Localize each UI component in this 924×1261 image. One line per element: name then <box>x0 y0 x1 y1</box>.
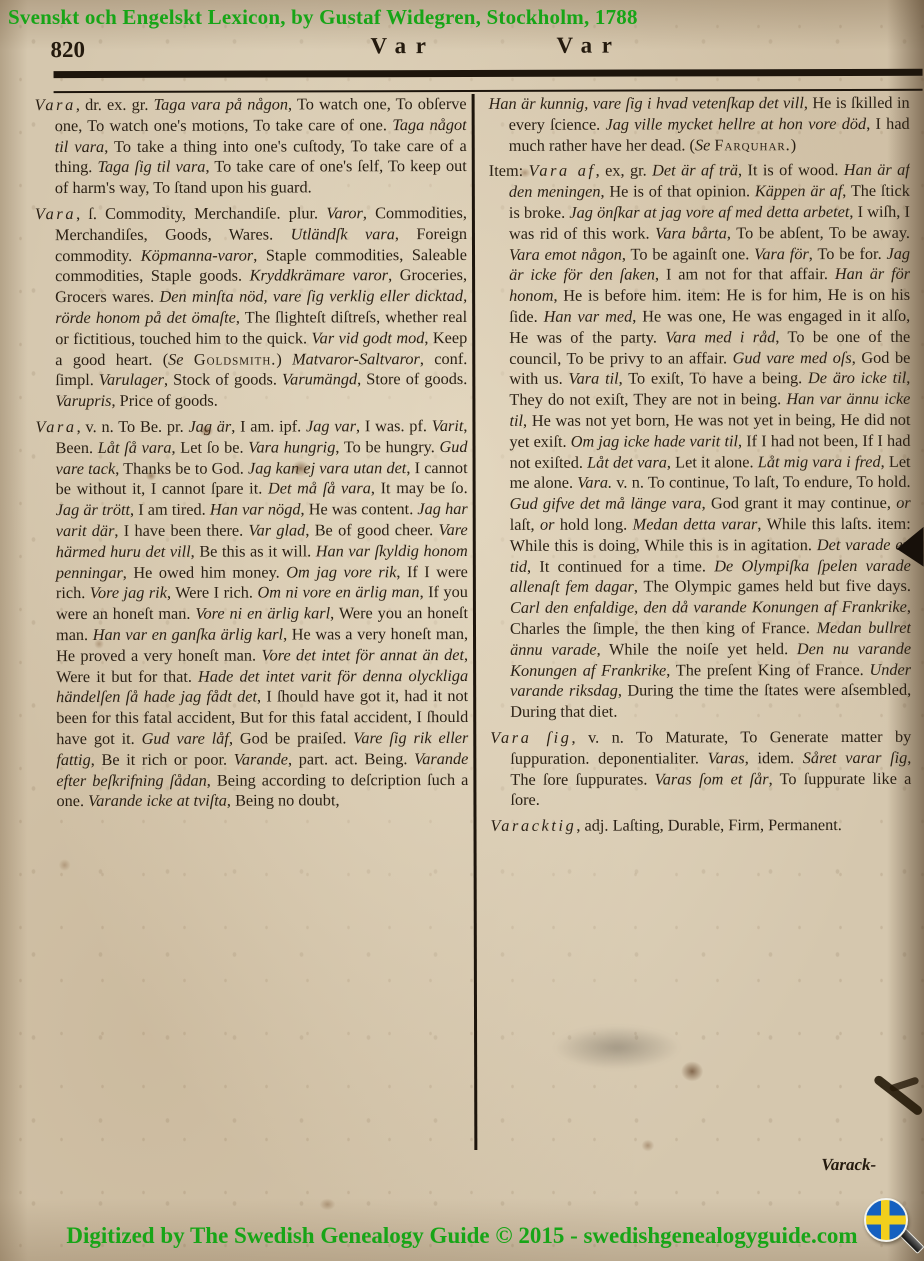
english-text: , To be abſent, To be away. <box>727 223 910 242</box>
swedish-phrase: Taga ſig til vara <box>97 157 205 176</box>
swedish-phrase: Det är af trä <box>652 161 738 180</box>
english-text: , Be this as it will. <box>191 541 316 560</box>
header-rule <box>54 69 923 93</box>
swedish-phrase: Se <box>695 135 714 154</box>
swedish-phrase: Matvaror-Saltvaror <box>292 349 420 368</box>
headword: Vara <box>35 417 76 436</box>
swedish-phrase: Jag önſkar at jag vore af med detta arbe… <box>569 202 849 222</box>
swedish-phrase: Gud vare med oſs <box>733 348 852 367</box>
swedish-phrase: Varas <box>708 748 745 767</box>
english-text: , It continued for a time. <box>527 556 714 575</box>
english-text: , It is of wood. <box>738 160 844 179</box>
english-text: , God grant it may continue, <box>702 493 897 513</box>
swedish-phrase: Jag är trött <box>56 500 130 519</box>
dictionary-body: Vara, dr. ex. gr. Taga vara på någon, To… <box>35 93 914 1165</box>
dictionary-entry: Vara, v. n. To Be. pr. Jag är, I am. ipf… <box>35 416 468 812</box>
swedish-phrase: Varor <box>326 203 363 222</box>
swedish-phrase: Vara emot någon <box>509 244 622 263</box>
swedish-flag-magnifier-icon <box>860 1194 924 1260</box>
swedish-phrase: Han är kunnig, vare ſig i hvad vetenſkap… <box>489 93 804 113</box>
english-text: , Be of good cheer. <box>305 520 438 539</box>
english-text: , I am. ipf. <box>231 416 306 435</box>
english-text: , Let ſo be. <box>171 437 248 456</box>
swedish-phrase: Vara för <box>754 244 809 263</box>
english-text: , ex, gr. <box>596 161 653 180</box>
dictionary-entry: Vara, ſ. Commodity, Merchandiſe. plur. V… <box>35 203 468 412</box>
english-text: , ſ. Commodity, Merchandiſe. plur. <box>76 203 326 223</box>
english-text: , I am not for that affair. <box>655 264 835 283</box>
swedish-phrase: Vara med i råd <box>665 327 775 346</box>
english-text: , I am tired. <box>130 500 210 519</box>
swedish-phrase: Se <box>168 349 194 368</box>
swedish-phrase: Varumängd <box>282 370 357 389</box>
english-text: v. n. To continue, To laſt, To endure, T… <box>612 472 911 492</box>
digitizer-footer: Digitized by The Swedish Genealogy Guide… <box>0 1223 924 1249</box>
english-text: ) <box>791 135 796 154</box>
swedish-phrase: Jag ville mycket hellre at hon vore död <box>605 114 866 134</box>
swedish-phrase: Medan detta varar <box>633 514 758 533</box>
swedish-phrase: Varit <box>432 416 464 435</box>
reference-smallcaps: Farquhar. <box>714 135 790 154</box>
scanned-book-page: 820 Var Var Vara, dr. ex. gr. Taga vara … <box>0 0 924 1261</box>
swedish-phrase: Vore jag rik <box>90 583 167 602</box>
english-text: laſt, <box>510 515 540 534</box>
dictionary-entry: Vara ſig, v. n. To Maturate, To Generate… <box>490 727 911 811</box>
english-text: , Being no doubt, <box>227 791 340 810</box>
headword: Varacktig <box>490 816 576 835</box>
english-text: , To exiſt, To have a being. <box>619 368 808 387</box>
headword: Vara ſig <box>490 728 571 747</box>
english-text: , It may be ſo. <box>371 478 468 497</box>
swedish-flag-icon <box>864 1198 908 1242</box>
catchword: Varack- <box>821 1155 876 1175</box>
swedish-phrase: Varas ſom et ſår <box>655 769 769 788</box>
swedish-phrase: Vara. <box>577 473 612 492</box>
english-text: , Be it rich or poor. <box>91 749 234 768</box>
paper-stain <box>319 1198 335 1210</box>
swedish-phrase: Var glad <box>248 520 305 539</box>
dictionary-entry: Varacktig, adj. Laſting, Durable, Firm, … <box>490 815 911 837</box>
english-text: , Were I rich. <box>167 583 258 602</box>
swedish-phrase: or <box>896 493 911 512</box>
english-text: , To be hungry. <box>335 437 439 456</box>
english-text: , To be againſt one. <box>622 244 754 263</box>
swedish-phrase: Köpmanna-varor <box>141 245 254 264</box>
swedish-phrase: Det må ſå vara <box>268 479 371 498</box>
swedish-phrase: Varande icke at tviſta <box>88 791 227 810</box>
english-text: , Stock of goods. <box>164 370 282 389</box>
english-text: , He owed him money. <box>123 562 286 581</box>
headword: Vara af <box>529 161 596 180</box>
swedish-phrase: Var vid godt mod <box>312 328 425 347</box>
swedish-phrase: Jag kan ej vara utan det <box>248 458 406 477</box>
swedish-phrase: Varulager <box>99 370 164 389</box>
swedish-phrase: Han var en ganſka ärlig karl <box>93 624 283 643</box>
headword: Vara <box>35 95 76 114</box>
swedish-phrase: Carl den enfaldige, den då varande Konun… <box>510 597 907 617</box>
swedish-phrase: Vore det intet för annat än det <box>261 645 464 665</box>
english-text: , He is of that opinion. <box>600 181 754 200</box>
english-text: , The Olympic games held but five days. <box>634 576 911 596</box>
english-text: hold long. <box>554 514 632 533</box>
swedish-phrase: Utländſk vara <box>291 224 395 243</box>
swedish-phrase: Låt ſå vara <box>98 438 172 457</box>
english-text: , To be for. <box>809 243 887 262</box>
running-head-left: Var <box>370 33 435 59</box>
swedish-phrase: Gud gifve det må länge vara <box>510 494 702 514</box>
english-text: , part. act. Being. <box>288 749 414 768</box>
english-text: , God be praiſed. <box>229 728 353 747</box>
dictionary-entry: Han är kunnig, vare ſig i hvad vetenſkap… <box>489 93 910 156</box>
english-text: , While the noiſe yet held. <box>597 639 797 659</box>
swedish-phrase: Om ni vore en ärlig man <box>257 582 419 601</box>
english-text: , Thanks be to God. <box>115 458 248 477</box>
running-head-right: Var <box>556 33 621 59</box>
column-right: Han är kunnig, vare ſig i hvad vetenſkap… <box>478 93 913 1160</box>
english-text: , adj. Laſting, Durable, Firm, Permanent… <box>576 815 841 835</box>
swedish-phrase: Vore ni en ärlig karl <box>195 603 330 622</box>
column-left: Vara, dr. ex. gr. Taga vara på någon, To… <box>35 94 470 1161</box>
swedish-phrase: Jag var <box>306 416 356 435</box>
swedish-phrase: Låt mig vara i fred <box>758 451 881 470</box>
english-text: , dr. ex. gr. <box>76 95 154 114</box>
english-text: , The preſent King of France. <box>666 659 869 679</box>
swedish-phrase: Varupris <box>55 391 111 410</box>
english-text: , I was. pf. <box>356 416 432 435</box>
swedish-phrase: De äro icke til <box>808 368 906 387</box>
english-text: , v. n. To Be. pr. <box>77 417 189 436</box>
swedish-phrase: Såret varar ſig <box>803 748 908 767</box>
swedish-phrase: Varande <box>234 749 288 768</box>
english-text: ) <box>276 349 292 368</box>
swedish-phrase: Käppen är af <box>755 181 842 200</box>
english-text: , Store of goods. <box>357 369 467 388</box>
column-divider <box>472 94 478 1150</box>
swedish-phrase: Låt det vara <box>587 452 667 471</box>
page-number: 820 <box>50 37 85 63</box>
english-text: Item: <box>489 161 529 180</box>
swedish-phrase: Taga vara på någon <box>154 94 288 113</box>
english-text: , Price of goods. <box>111 391 217 410</box>
swedish-phrase: Han var med <box>544 307 633 326</box>
swedish-phrase: Han var nögd <box>210 500 301 519</box>
swedish-phrase: Om jag icke hade varit til <box>571 431 738 450</box>
swedish-phrase: Jag är <box>188 417 231 436</box>
swedish-phrase: Om jag vore rik <box>286 562 396 581</box>
headword: Vara <box>35 204 76 223</box>
reference-smallcaps: Goldsmith. <box>194 349 277 368</box>
swedish-phrase: Kryddkrämare varor <box>250 266 388 285</box>
english-text: , Let it alone. <box>667 452 758 471</box>
dictionary-entry: Vara, dr. ex. gr. Taga vara på någon, To… <box>35 94 467 199</box>
swedish-phrase: Vara til <box>568 369 618 388</box>
swedish-phrase: or <box>540 515 555 534</box>
english-text: , idem. <box>745 748 803 767</box>
english-text: , He was content. <box>300 499 417 518</box>
english-text: , I have been there. <box>114 520 248 539</box>
swedish-phrase: Vara hungrig <box>248 437 335 456</box>
dictionary-entry: Item: Vara af, ex, gr. Det är af trä, It… <box>489 160 911 723</box>
swedish-phrase: Vara bårta <box>655 223 727 242</box>
swedish-phrase: Gud vare låf <box>142 729 229 748</box>
